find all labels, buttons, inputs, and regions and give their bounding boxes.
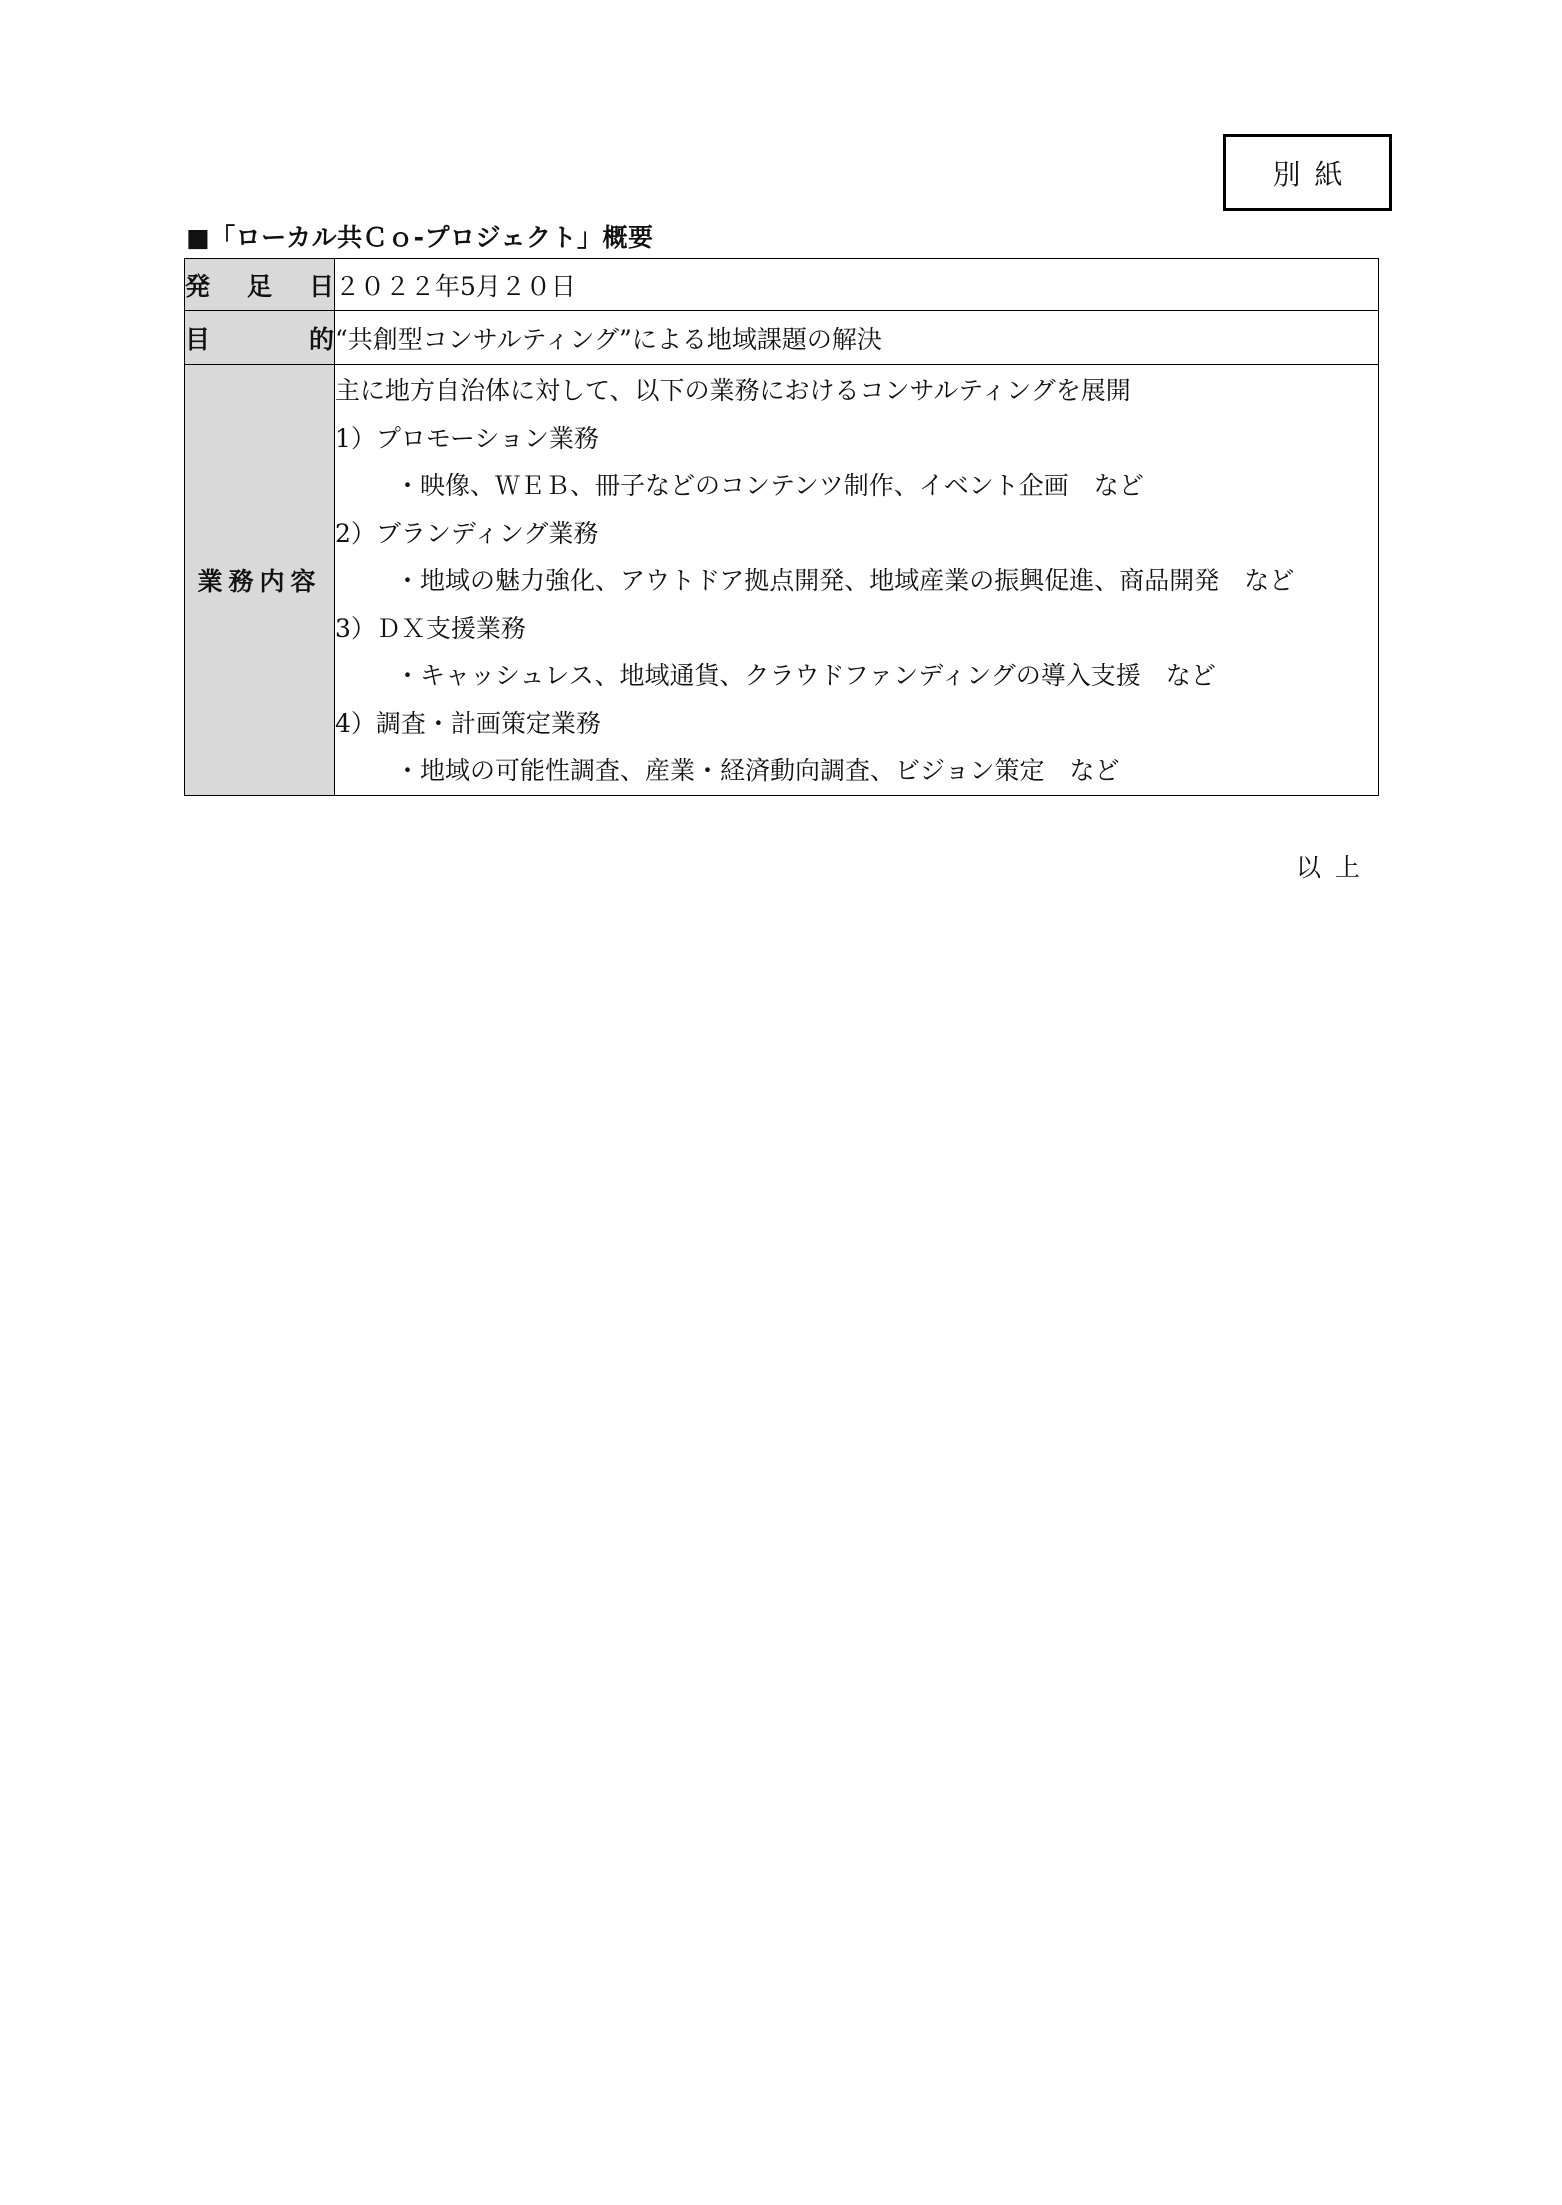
value-cell-start-date: ２０２２年5月２０日 [335,259,1379,311]
business-item-detail: ・地域の可能性調査、産業・経済動向調査、ビジョン策定 など [335,747,1378,795]
business-item-detail: ・映像、ＷＥＢ、冊子などのコンテンツ制作、イベント企画 など [335,462,1378,510]
table-row-purpose: 目 的 “共創型コンサルティング”による地域課題の解決 [185,311,1379,365]
label-char: 的 [309,320,334,356]
label-business-content: 業務内容 [185,562,334,598]
closing-mark: 以上 [1296,848,1374,884]
attachment-stamp-label: 別紙 [1272,153,1356,193]
label-char: 発 [185,267,210,303]
overview-table: 発 足 日 ２０２２年5月２０日 目 的 “共創型コンサルティング”による地域課… [184,258,1379,796]
business-item-heading: 3）ＤＸ支援業務 [335,605,1378,653]
label-cell-purpose: 目 的 [185,311,335,365]
business-item-heading: 1）プロモーション業務 [335,415,1378,463]
business-item-detail: ・地域の魅力強化、アウトドア拠点開発、地域産業の振興促進、商品開発 など [335,557,1378,605]
business-item-heading: 4）調査・計画策定業務 [335,700,1378,748]
document-page: 別紙 ■「ローカル共Ｃｏ-プロジェクト」概要 発 足 日 ２０２２年5月２０日 … [0,0,1562,2205]
value-cell-business-content: 主に地方自治体に対して、以下の業務におけるコンサルティングを展開 1）プロモーシ… [335,365,1379,796]
business-item-detail: ・キャッシュレス、地域通貨、クラウドファンディングの導入支援 など [335,652,1378,700]
business-content-list: 主に地方自治体に対して、以下の業務におけるコンサルティングを展開 1）プロモーシ… [335,365,1378,795]
label-char: 日 [309,267,334,303]
label-cell-start-date: 発 足 日 [185,259,335,311]
attachment-stamp-box: 別紙 [1223,134,1392,211]
business-item-heading: 2）ブランディング業務 [335,510,1378,558]
label-char: 足 [247,267,272,303]
table-row-business-content: 業務内容 主に地方自治体に対して、以下の業務におけるコンサルティングを展開 1）… [185,365,1379,796]
label-char: 目 [185,320,210,356]
table-row-start-date: 発 足 日 ２０２２年5月２０日 [185,259,1379,311]
value-cell-purpose: “共創型コンサルティング”による地域課題の解決 [335,311,1379,365]
label-cell-business-content: 業務内容 [185,365,335,796]
business-intro: 主に地方自治体に対して、以下の業務におけるコンサルティングを展開 [335,367,1378,415]
section-title: ■「ローカル共Ｃｏ-プロジェクト」概要 [186,218,654,254]
